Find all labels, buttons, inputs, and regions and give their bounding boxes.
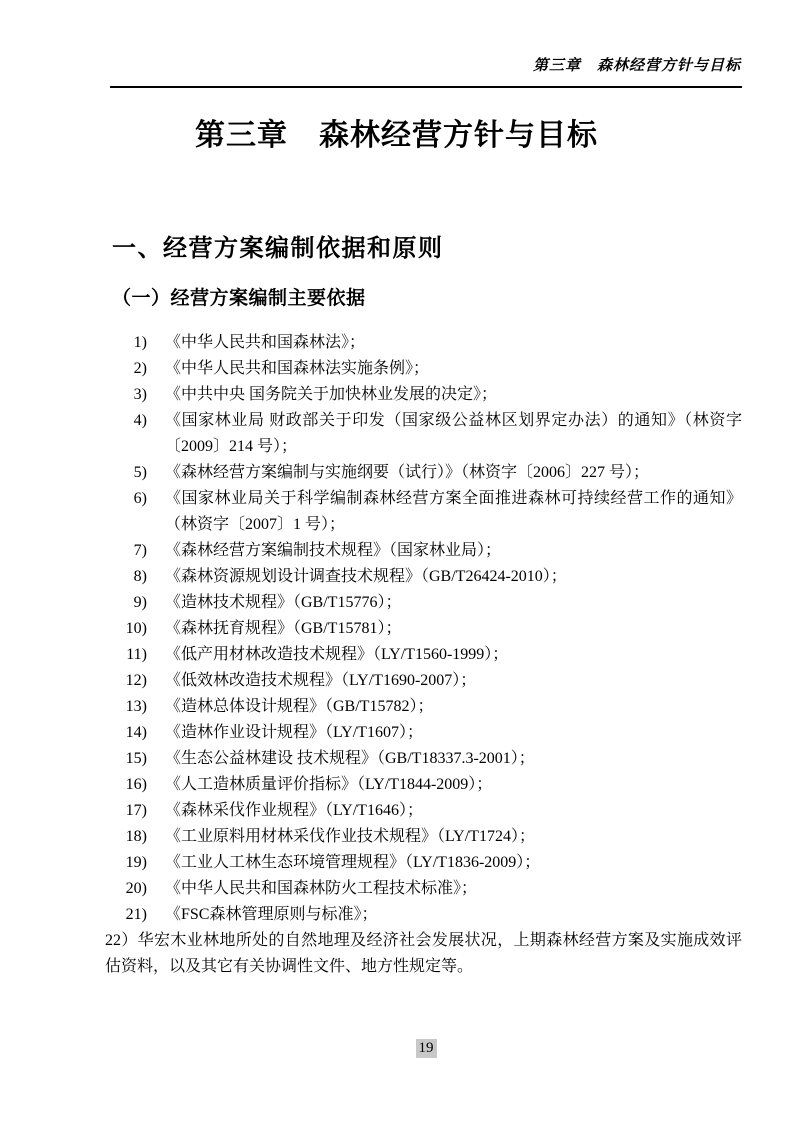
list-item-number: 20) bbox=[105, 876, 165, 902]
list-item: 11)《低产用材林改造技术规程》（LY/T1560-1999）； bbox=[105, 642, 742, 668]
list-item: 13)《造林总体设计规程》（GB/T15782）； bbox=[105, 694, 742, 720]
header-rule bbox=[110, 86, 742, 88]
list-item-number: 12) bbox=[105, 668, 165, 694]
list-item: 1)《中华人民共和国森林法》； bbox=[105, 330, 742, 356]
reference-list: 1)《中华人民共和国森林法》；2)《中华人民共和国森林法实施条例》；3)《中共中… bbox=[105, 330, 742, 980]
list-item-number: 18) bbox=[105, 824, 165, 850]
list-item-text: 《造林总体设计规程》（GB/T15782）； bbox=[165, 694, 742, 720]
list-item-text: 《生态公益林建设 技术规程》（GB/T18337.3-2001）； bbox=[165, 746, 742, 772]
list-item-number: 1) bbox=[105, 330, 165, 356]
list-item-text: 《中共中央 国务院关于加快林业发展的决定》； bbox=[165, 382, 742, 408]
list-item-number: 13) bbox=[105, 694, 165, 720]
list-item: 12)《低效林改造技术规程》（LY/T1690-2007）； bbox=[105, 668, 742, 694]
list-item-text: 《森林经营方案编制技术规程》（国家林业局）； bbox=[165, 538, 742, 564]
list-item-number: 21) bbox=[105, 902, 165, 928]
page-number: 19 bbox=[416, 1039, 437, 1058]
list-item-number: 10) bbox=[105, 616, 165, 642]
list-item-number: 5) bbox=[105, 460, 165, 486]
list-item-text: 《低产用材林改造技术规程》（LY/T1560-1999）； bbox=[165, 642, 742, 668]
page-title: 第三章 森林经营方针与目标 bbox=[0, 110, 793, 154]
list-item: 4)《国家林业局 财政部关于印发（国家级公益林区划界定办法）的通知》（林资字〔2… bbox=[105, 408, 742, 460]
list-item-number: 4) bbox=[105, 408, 165, 460]
list-item-text: 《工业原料用材林采伐作业技术规程》（LY/T1724）； bbox=[165, 824, 742, 850]
list-item: 15)《生态公益林建设 技术规程》（GB/T18337.3-2001）； bbox=[105, 746, 742, 772]
list-item-text: 《造林技术规程》（GB/T15776）； bbox=[165, 590, 742, 616]
list-item-number: 14) bbox=[105, 720, 165, 746]
list-item-number: 8) bbox=[105, 564, 165, 590]
list-item-number: 6) bbox=[105, 486, 165, 538]
list-item-text: 《造林作业设计规程》（LY/T1607）； bbox=[165, 720, 742, 746]
list-item: 17)《森林采伐作业规程》（LY/T1646）； bbox=[105, 798, 742, 824]
page-footer: 19 bbox=[110, 1039, 742, 1058]
list-item: 9)《造林技术规程》（GB/T15776）； bbox=[105, 590, 742, 616]
list-item-number: 17) bbox=[105, 798, 165, 824]
list-item: 3)《中共中央 国务院关于加快林业发展的决定》； bbox=[105, 382, 742, 408]
list-item-number: 15) bbox=[105, 746, 165, 772]
list-item: 21)《FSC森林管理原则与标准》； bbox=[105, 902, 742, 928]
list-item-text: 《FSC森林管理原则与标准》； bbox=[165, 902, 742, 928]
list-item-number: 11) bbox=[105, 642, 165, 668]
list-item-text: 《国家林业局关于科学编制森林经营方案全面推进森林可持续经营工作的通知》（林资字〔… bbox=[165, 486, 742, 538]
list-item-number: 7) bbox=[105, 538, 165, 564]
list-item-text: 《森林抚育规程》（GB/T15781）； bbox=[165, 616, 742, 642]
list-item-text: 《森林经营方案编制与实施纲要（试行）》（林资字〔2006〕227 号）； bbox=[165, 460, 742, 486]
list-item-number: 19) bbox=[105, 850, 165, 876]
section-heading: 一、经营方案编制依据和原则 bbox=[112, 228, 444, 263]
list-item-text: 《人工造林质量评价指标》（LY/T1844-2009）； bbox=[165, 772, 742, 798]
list-item-text: 《工业人工林生态环境管理规程》（LY/T1836-2009）； bbox=[165, 850, 742, 876]
list-item-text: 《低效林改造技术规程》（LY/T1690-2007）； bbox=[165, 668, 742, 694]
closing-paragraph: 22）华宏木业林地所处的自然地理及经济社会发展状况，上期森林经营方案及实施成效评… bbox=[105, 928, 742, 980]
list-item-number: 9) bbox=[105, 590, 165, 616]
list-item: 8)《森林资源规划设计调查技术规程》（GB/T26424-2010）； bbox=[105, 564, 742, 590]
list-item: 14)《造林作业设计规程》（LY/T1607）； bbox=[105, 720, 742, 746]
list-item: 2)《中华人民共和国森林法实施条例》； bbox=[105, 356, 742, 382]
document-page: 第三章 森林经营方针与目标 第三章 森林经营方针与目标 一、经营方案编制依据和原… bbox=[0, 0, 793, 1122]
list-item-text: 《森林资源规划设计调查技术规程》（GB/T26424-2010）； bbox=[165, 564, 742, 590]
list-item-text: 《中华人民共和国森林法》； bbox=[165, 330, 742, 356]
list-item: 19)《工业人工林生态环境管理规程》（LY/T1836-2009）； bbox=[105, 850, 742, 876]
list-item-number: 16) bbox=[105, 772, 165, 798]
list-item: 6)《国家林业局关于科学编制森林经营方案全面推进森林可持续经营工作的通知》（林资… bbox=[105, 486, 742, 538]
list-item: 20)《中华人民共和国森林防火工程技术标准》； bbox=[105, 876, 742, 902]
list-item: 7)《森林经营方案编制技术规程》（国家林业局）； bbox=[105, 538, 742, 564]
list-item-text: 《国家林业局 财政部关于印发（国家级公益林区划界定办法）的通知》（林资字〔200… bbox=[165, 408, 742, 460]
list-item: 10)《森林抚育规程》（GB/T15781）； bbox=[105, 616, 742, 642]
list-item: 18)《工业原料用材林采伐作业技术规程》（LY/T1724）； bbox=[105, 824, 742, 850]
running-header: 第三章 森林经营方针与目标 bbox=[533, 54, 741, 75]
list-item-number: 2) bbox=[105, 356, 165, 382]
list-item-text: 《森林采伐作业规程》（LY/T1646）； bbox=[165, 798, 742, 824]
list-item-text: 《中华人民共和国森林防火工程技术标准》； bbox=[165, 876, 742, 902]
subsection-heading: （一）经营方案编制主要依据 bbox=[112, 283, 366, 310]
list-item-number: 3) bbox=[105, 382, 165, 408]
list-item: 16)《人工造林质量评价指标》（LY/T1844-2009）； bbox=[105, 772, 742, 798]
list-item: 5)《森林经营方案编制与实施纲要（试行）》（林资字〔2006〕227 号）； bbox=[105, 460, 742, 486]
list-item-text: 《中华人民共和国森林法实施条例》； bbox=[165, 356, 742, 382]
